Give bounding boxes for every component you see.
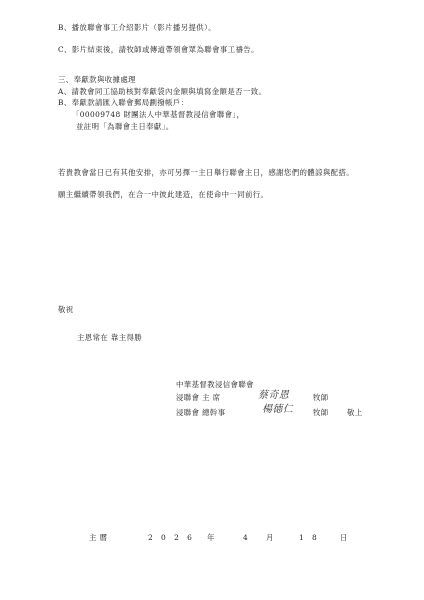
note-line: 並註明「為聯會主日奉獻」。 — [76, 122, 174, 132]
salutation: 敬祝 — [58, 305, 74, 315]
account-line: 「00009748 財團法人中華基督教浸信會聯會」， — [72, 110, 244, 120]
section3-title: 三、奉獻款與收據處理 — [58, 75, 136, 85]
date-day-unit: 日 — [340, 533, 348, 543]
item-b: B、播放聯會事工介紹影片（影片播另提供）。 — [58, 23, 216, 33]
chair-signature: 蔡奇恩 — [258, 391, 289, 401]
paragraph-2: 願主繼續帶領我們，在合一中彼此建造，在使命中一同前行。 — [58, 190, 268, 200]
date-era: 主 曆 — [89, 533, 107, 543]
section3-item-a: A、請教會同工協助核對奉獻袋內金額與填寫金額是否一致。 — [58, 87, 266, 97]
date-month: 4 — [243, 533, 248, 543]
date-year-unit: 年 — [207, 533, 215, 543]
secretary-title: 浸聯會 總幹事 — [176, 408, 226, 418]
date-year: 2 0 2 6 — [148, 533, 195, 543]
signature-org: 中華基督教浸信會聯會 — [176, 380, 254, 390]
date-day: 1 8 — [299, 533, 320, 543]
chair-title: 浸聯會 主 席 — [176, 393, 220, 403]
blessing: 主恩常在 靠主得勝 — [77, 333, 142, 343]
chair-role: 牧師 — [313, 393, 329, 403]
date-month-unit: 月 — [266, 533, 274, 543]
item-c: C、影片結束後，請牧師或傳道帶領會眾為聯會事工禱告。 — [58, 45, 259, 55]
section3-item-b: B、奉獻款請匯入聯會郵局劃撥帳戶： — [58, 98, 188, 108]
secretary-role: 牧師 — [313, 408, 329, 418]
secretary-signature: 楊德仁 — [262, 405, 293, 415]
regards: 敬上 — [347, 408, 363, 418]
paragraph-1: 若貴教會當日已有其他安排，亦可另擇一主日舉行聯會主日，感謝您們的體諒與配搭。 — [58, 168, 354, 178]
